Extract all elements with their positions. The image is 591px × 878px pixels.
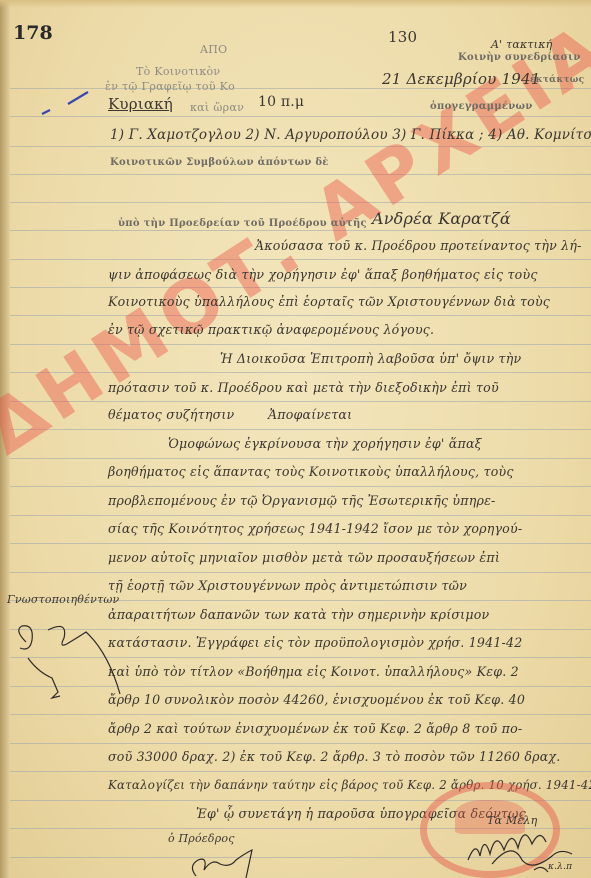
ruled-line bbox=[10, 486, 591, 487]
ruled-line bbox=[10, 543, 591, 544]
ruled-line bbox=[10, 572, 591, 573]
blue-ink-mark bbox=[38, 88, 98, 116]
form-line-presidency: ὑπὸ τὴν Προεδρείαν τοῦ Προέδρου αὐτῆς bbox=[118, 218, 367, 229]
form-line-signed: ὁπογεγραμμένων bbox=[430, 101, 533, 112]
page-number: 178 bbox=[13, 22, 53, 44]
body-line: θέματος συζήτησιν Ἀποφαίνεται bbox=[108, 407, 352, 422]
form-header: ΑΠΟ bbox=[200, 43, 227, 56]
ruled-line bbox=[10, 287, 591, 288]
president-label: ὁ Πρόεδρος bbox=[168, 832, 235, 845]
body-line: ψιν ἀποφάσεως διὰ τὴν χορήγησιν ἐφ' ἅπαξ… bbox=[108, 267, 538, 282]
page-top-edge bbox=[0, 0, 591, 8]
body-line: Ἡ Διοικοῦσα Ἐπιτροπὴ λαβοῦσα ὑπ' ὄψιν τὴ… bbox=[220, 351, 521, 366]
attendees-list: 1) Γ. Χαμοτζογλου 2) Ν. Αργυροπούλου 3) … bbox=[110, 127, 591, 143]
ruled-line bbox=[10, 515, 591, 516]
form-line-office: ἐν τῷ Γραφεῖῳ τοῦ Κο bbox=[105, 80, 235, 93]
ruled-line bbox=[10, 714, 591, 715]
form-line-absent: Κοινοτικῶν Συμβούλων ἀπόντων δὲ bbox=[110, 157, 329, 168]
document-page: ΔΗΜΟΤ. ΑΡΧΕΙΑ 178 130 Α' τακτική ΑΠΟ Τὸ … bbox=[0, 0, 591, 878]
meeting-number: 130 bbox=[388, 28, 417, 46]
form-line-council: Τὸ Κοινοτικὸν bbox=[136, 65, 220, 78]
body-line: ἀπαραιτήτων δαπανῶν των κατὰ τὴν σημεριν… bbox=[108, 607, 489, 622]
body-line: ἄρθρ 2 καὶ τούτων ἐνισχυομένων ἐκ τοῦ Κε… bbox=[108, 721, 522, 736]
body-line: προβλεπομένους ἐν τῷ Ὀργανισμῷ τῆς Ἐσωτε… bbox=[108, 493, 496, 508]
margin-note: Γνωστοποιηθέντων bbox=[7, 593, 119, 606]
president-name: Ανδρέα Καρατζά bbox=[372, 209, 511, 228]
body-line: σίας τῆς Κοινότητος χρήσεως 1941-1942 ἴσ… bbox=[108, 521, 522, 536]
ruled-line bbox=[10, 174, 591, 175]
form-line-extraordinary: ἐκτάκτως bbox=[530, 75, 584, 85]
body-line: ἄρθρ 10 συνολικὸν ποσὸν 44260, ἐνισχυομέ… bbox=[108, 692, 525, 707]
body-line: κατάστασιν. Ἐγγράφει εἰς τὸν προϋπολογισ… bbox=[108, 635, 522, 650]
ruled-line bbox=[10, 743, 591, 744]
president-signature bbox=[186, 846, 266, 878]
body-line: Κοινοτικοὺς ὑπαλλήλους ἐπὶ ἑορταῖς τῶν Χ… bbox=[108, 294, 550, 309]
form-line-time-label: καὶ ὥραν bbox=[190, 101, 244, 114]
form-line-session: Κοινὴν συνεδρίασιν bbox=[458, 52, 581, 63]
body-line: ἐν τῷ σχετικῷ πρακτικῷ ἀναφερομένους λόγ… bbox=[108, 322, 434, 337]
session-type: Α' τακτική bbox=[491, 38, 552, 51]
members-suffix: κ.λ.π bbox=[548, 862, 572, 872]
body-line: Ἀκούσασα τοῦ κ. Προέδρου προτείναντος τὴ… bbox=[255, 238, 582, 253]
body-line: μενον αὐτοῖς μηνιαῖον μισθὸν μετὰ τῶν πρ… bbox=[108, 550, 500, 565]
ruled-line bbox=[10, 771, 591, 772]
meeting-date: 21 Δεκεμβρίου 1941 bbox=[382, 70, 540, 88]
body-line: τῇ ἑορτῇ τῶν Χριστουγέννων πρὸς ἀντιμετώ… bbox=[108, 578, 467, 593]
body-line: πρότασιν τοῦ κ. Προέδρου καὶ μετὰ τὴν δι… bbox=[108, 380, 499, 395]
meeting-time: 10 π.μ bbox=[258, 94, 304, 110]
ruled-line bbox=[10, 429, 591, 430]
body-line: καὶ ὑπὸ τὸν τίτλον «Βοήθημα εἰς Κοινοτ. … bbox=[108, 664, 519, 679]
body-line: Ὁμοφώνως ἐγκρίνουσα τὴν χορήγησιν ἐφ' ἅπ… bbox=[168, 436, 482, 451]
ruled-line bbox=[10, 458, 591, 459]
body-line: βοηθήματος εἰς ἅπαντας τοὺς Κοινοτικοὺς … bbox=[108, 464, 514, 479]
margin-initials-signature bbox=[8, 622, 128, 702]
body-line: σοῦ 33000 δραχ. 2) ἐκ τοῦ Κεφ. 2 ἄρθρ. 3… bbox=[108, 749, 560, 764]
meeting-day: Κυριακή bbox=[108, 95, 173, 113]
